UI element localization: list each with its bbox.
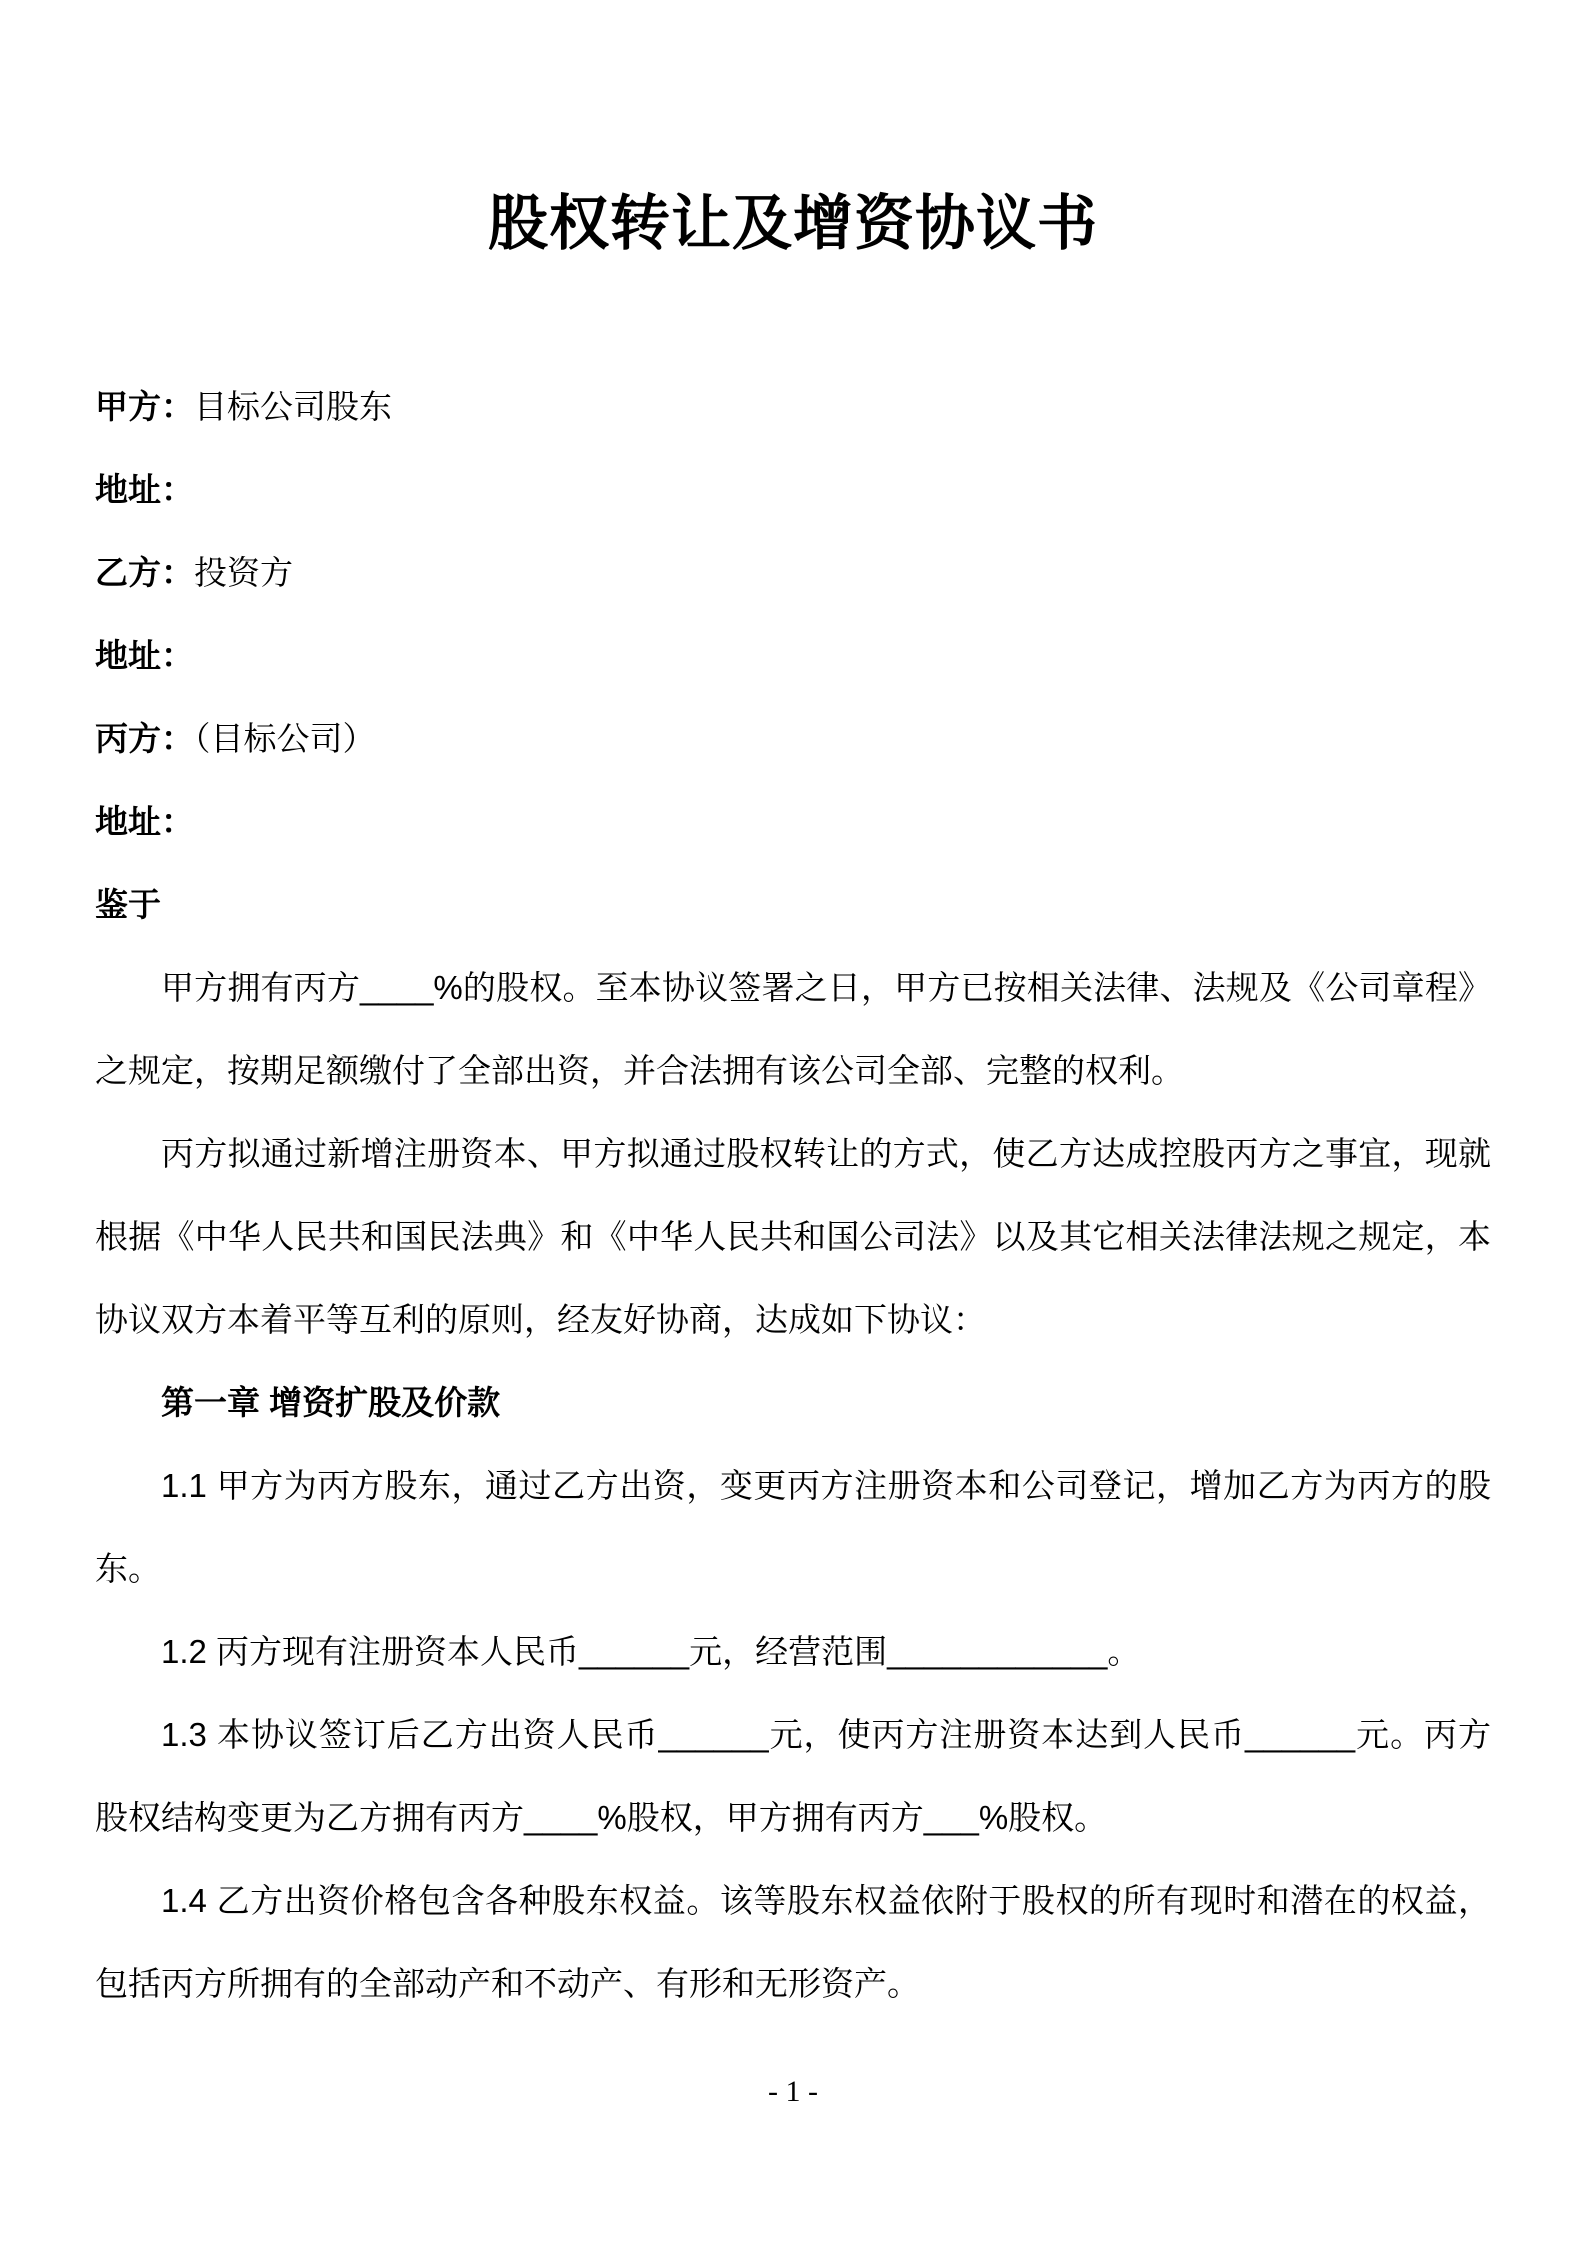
party-line-address-3: 地址： [95,780,1491,863]
page-number: - 1 - [0,2072,1586,2112]
clause-1-4: 1.4 乙方出资价格包含各种股东权益。该等股东权益依附于股权的所有现时和潜在的权… [95,1859,1491,2025]
party-label: 乙方： [95,554,194,591]
party-label: 地址： [95,803,194,840]
chapter-1-heading: 第一章 增资扩股及价款 [95,1361,1491,1444]
clause-1-1: 1.1 甲方为丙方股东，通过乙方出资，变更丙方注册资本和公司登记，增加乙方为丙方… [95,1444,1491,1610]
party-line-address-1: 地址： [95,448,1491,531]
document-page: 股权转让及增资协议书 甲方：目标公司股东 地址： 乙方：投资方 地址： 丙方：（… [0,0,1586,2244]
party-label: 地址： [95,471,194,508]
party-label: 甲方： [95,388,194,425]
whereas-paragraph-2: 丙方拟通过新增注册资本、甲方拟通过股权转让的方式，使乙方达成控股丙方之事宜，现就… [95,1112,1491,1361]
document-title: 股权转让及增资协议书 [0,188,1586,260]
party-value: 投资方 [194,554,293,591]
party-label: 地址： [95,637,194,674]
whereas-paragraph-1: 甲方拥有丙方____%的股权。至本协议签署之日，甲方已按相关法律、法规及《公司章… [95,946,1491,1112]
document-body: 甲方：目标公司股东 地址： 乙方：投资方 地址： 丙方：（目标公司） 地址： 鉴… [95,365,1491,2025]
party-value: 目标公司股东 [194,388,392,425]
party-value: （目标公司） [194,720,376,757]
party-line-yifang: 乙方：投资方 [95,531,1491,614]
party-line-bingfang: 丙方：（目标公司） [95,697,1491,780]
party-line-address-2: 地址： [95,614,1491,697]
party-line-jiafang: 甲方：目标公司股东 [95,365,1491,448]
party-label: 丙方： [95,720,194,757]
clause-1-2: 1.2 丙方现有注册资本人民币______元，经营范围____________。 [95,1610,1491,1693]
whereas-heading: 鉴于 [95,863,1491,946]
clause-1-3: 1.3 本协议签订后乙方出资人民币______元，使丙方注册资本达到人民币___… [95,1693,1491,1859]
